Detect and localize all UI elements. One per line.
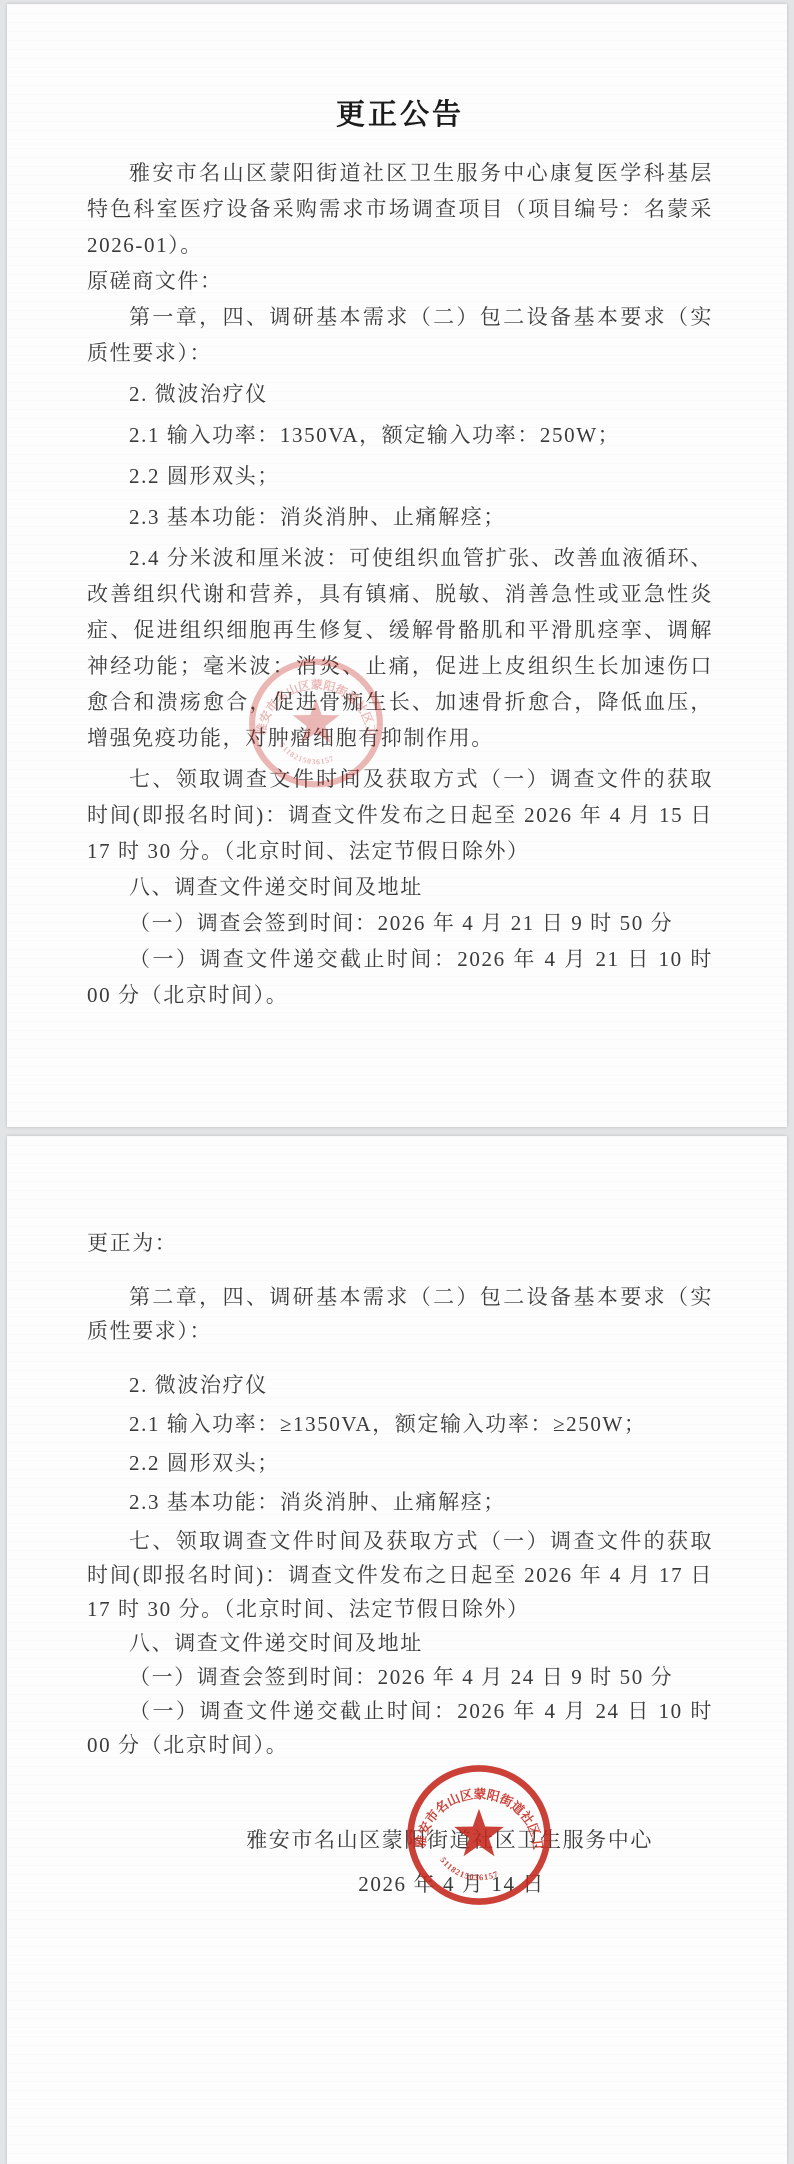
paragraph-section-7: 七、领取调查文件时间及获取方式（一）调查文件的获取时间(即报名时间)：调查文件发… [87, 1524, 713, 1626]
paragraph-item-2-2: 2.2 圆形双头； [87, 458, 713, 494]
paragraph-item-2-1: 2.1 输入功率：≥1350VA，额定输入功率：≥250W； [87, 1407, 713, 1441]
paragraph-section-8: 八、调查文件递交时间及地址 [87, 1626, 713, 1660]
paragraph-original-doc-label: 原磋商文件： [87, 263, 713, 299]
paragraph-item-2: 2. 微波治疗仪 [87, 376, 713, 412]
paragraph-deadline-time: （一）调查文件递交截止时间：2026 年 4 月 24 日 10 时 00 分（… [87, 1694, 713, 1762]
paragraph-item-2-2: 2.2 圆形双头； [87, 1446, 713, 1480]
signature-org-name: 雅安市名山区蒙阳街道社区卫生服务中心 [87, 1824, 653, 1854]
paragraph-signin-time: （一）调查会签到时间：2026 年 4 月 24 日 9 时 50 分 [87, 1660, 713, 1694]
paragraph-deadline-time: （一）调查文件递交截止时间：2026 年 4 月 21 日 10 时 00 分（… [87, 941, 713, 1013]
paragraph-correction-label: 更正为： [87, 1226, 713, 1260]
page-title: 更正公告 [87, 92, 713, 133]
paragraph-item-2: 2. 微波治疗仪 [87, 1368, 713, 1402]
paragraph-section-8: 八、调查文件递交时间及地址 [87, 869, 713, 905]
paragraph-signin-time: （一）调查会签到时间：2026 年 4 月 21 日 9 时 50 分 [87, 905, 713, 941]
paragraph-chapter-ref: 第一章，四、调研基本需求（二）包二设备基本要求（实质性要求）： [87, 299, 713, 371]
paragraph-section-7: 七、领取调查文件时间及获取方式（一）调查文件的获取时间(即报名时间)：调查文件发… [87, 761, 713, 869]
paragraph-item-2-3: 2.3 基本功能：消炎消肿、止痛解痉； [87, 499, 713, 535]
paragraph-chapter-ref: 第二章，四、调研基本需求（二）包二设备基本要求（实质性要求）： [87, 1280, 713, 1348]
document-viewer: { "document": { "title": "更正公告", "page1"… [0, 0, 794, 2164]
paragraph-item-2-3: 2.3 基本功能：消炎消肿、止痛解痉； [87, 1485, 713, 1519]
signature-date: 2026 年 4 月 14 日 [87, 1868, 545, 1898]
paragraph-item-2-4: 2.4 分米波和厘米波：可使组织血管扩张、改善血液循环、改善组织代谢和营养，具有… [87, 540, 713, 756]
paragraph-item-2-1: 2.1 输入功率：1350VA，额定输入功率：250W； [87, 417, 713, 453]
paragraph-project-info: 雅安市名山区蒙阳街道社区卫生服务中心康复医学科基层特色科室医疗设备采购需求市场调… [87, 155, 713, 263]
document-page-2: 更正为： 第二章，四、调研基本需求（二）包二设备基本要求（实质性要求）： 2. … [7, 1136, 787, 2164]
document-page-1: 更正公告 雅安市名山区蒙阳街道社区卫生服务中心康复医学科基层特色科室医疗设备采购… [7, 4, 787, 1127]
